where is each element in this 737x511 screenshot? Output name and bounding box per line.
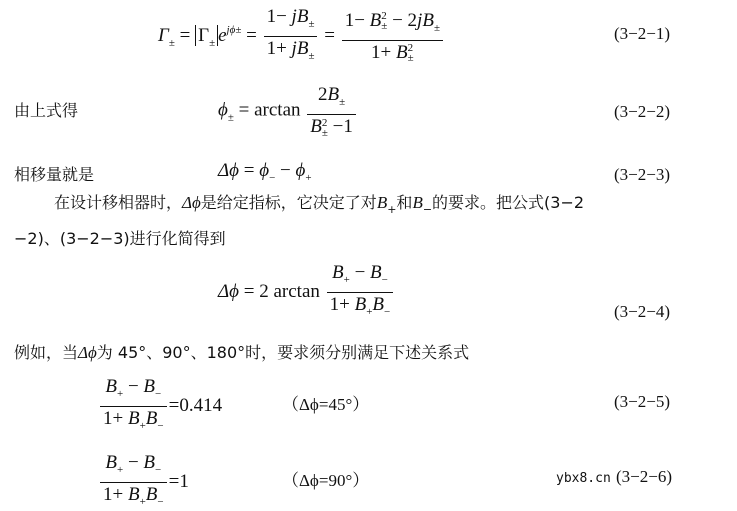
equation-number: (3−2−3) bbox=[614, 165, 670, 185]
condition: （Δϕ=45°） bbox=[282, 390, 369, 415]
eq2-label: 由上式得 bbox=[14, 98, 78, 121]
equation-3-2-1: Γ± = Γ±ejϕ± = 1− jB± 1+ jB± = 1− B2± − 2… bbox=[158, 6, 445, 67]
equation-3-2-2: ϕ± = arctan 2B± B2± −1 bbox=[218, 84, 358, 138]
abs-gamma: Γ± bbox=[195, 25, 218, 46]
fraction: B+ − B− 1+ B+B− bbox=[100, 376, 167, 437]
equation-number: (3−2−4) bbox=[614, 302, 670, 322]
equation-number: (3−2−6) bbox=[616, 467, 672, 487]
equation-3-2-3: Δϕ = ϕ− − ϕ+ bbox=[218, 160, 312, 184]
equation-number: (3−2−1) bbox=[614, 24, 670, 44]
fraction: B+ − B− 1+ B+B− bbox=[327, 262, 394, 323]
equation-3-2-6: B+ − B− 1+ B+B− =1 bbox=[98, 452, 189, 511]
gamma-symbol: Γ bbox=[158, 25, 169, 46]
equation-3-2-5: B+ − B− 1+ B+B− =0.414 bbox=[98, 376, 222, 437]
fraction: B+ − B− 1+ B+B− bbox=[100, 452, 167, 511]
watermark: ybx8.cn bbox=[556, 471, 611, 486]
paragraph-line: 例如，当Δϕ为 45°、90°、180°时，要求须分别满足下述关系式 bbox=[14, 340, 469, 363]
condition: （Δϕ=90°） bbox=[282, 466, 369, 491]
fraction: 1− B2± − 2jB± 1+ B2± bbox=[342, 10, 443, 64]
eq3-label: 相移量就是 bbox=[14, 162, 94, 185]
paragraph-line: 在设计移相器时，Δϕ是给定指标，它决定了对B+和B−的要求。把公式(3−2 bbox=[54, 190, 584, 216]
fraction: 2B± B2± −1 bbox=[307, 84, 356, 138]
equation-number: (3−2−2) bbox=[614, 102, 670, 122]
equation-number: (3−2−5) bbox=[614, 392, 670, 412]
equation-3-2-4: Δϕ = 2 arctan B+ − B− 1+ B+B− bbox=[218, 262, 395, 323]
fraction: 1− jB± 1+ jB± bbox=[264, 6, 318, 67]
paragraph-line: −2)、(3−2−3)进行化简得到 bbox=[14, 226, 226, 249]
